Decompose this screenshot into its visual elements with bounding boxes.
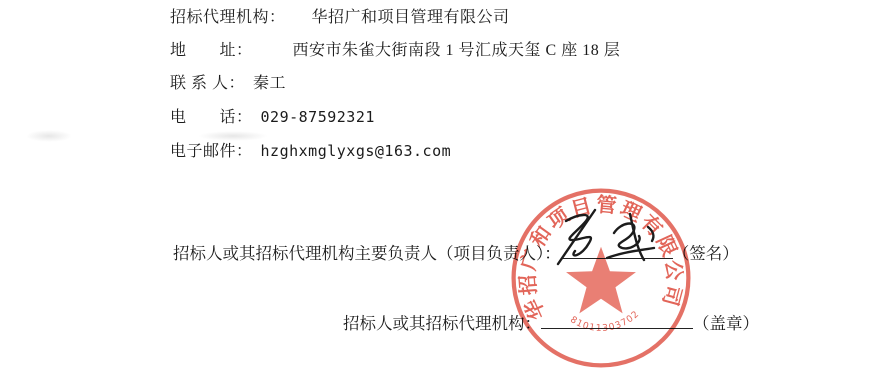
field-value: 华招广和项目管理有限公司 [312, 9, 510, 26]
handwritten-signature [548, 207, 673, 269]
field-value: 秦工 [253, 75, 286, 92]
stamp-suffix: （盖章） [693, 314, 759, 333]
field-value: hzghxmglyxgs@163.com [261, 142, 452, 160]
field-row-email: 电子邮件：hzghxmglyxgs@163.com [170, 138, 451, 161]
field-label: 地 址： [170, 42, 253, 59]
field-row-phone: 电 话：029-87592321 [170, 104, 375, 127]
field-label: 联 系 人： [170, 75, 245, 92]
field-label: 电子邮件： [170, 143, 253, 160]
field-label: 电 话： [170, 109, 253, 126]
field-label: 招标代理机构： [170, 9, 286, 26]
field-value: 西安市朱雀大街南段 1 号汇成天玺 C 座 18 层 [293, 42, 621, 59]
signature-label: 招标人或其招标代理机构主要负责人（项目负责人）： [173, 244, 561, 263]
document-page: 招标代理机构：华招广和项目管理有限公司 地 址：西安市朱雀大街南段 1 号汇成天… [0, 0, 896, 381]
scan-smudge [26, 130, 72, 142]
field-row-contact: 联 系 人：秦工 [170, 70, 286, 93]
field-value: 029-87592321 [261, 108, 375, 126]
field-row-agency: 招标代理机构：华招广和项目管理有限公司 [170, 4, 510, 27]
field-row-address: 地 址：西安市朱雀大街南段 1 号汇成天玺 C 座 18 层 [170, 37, 620, 60]
